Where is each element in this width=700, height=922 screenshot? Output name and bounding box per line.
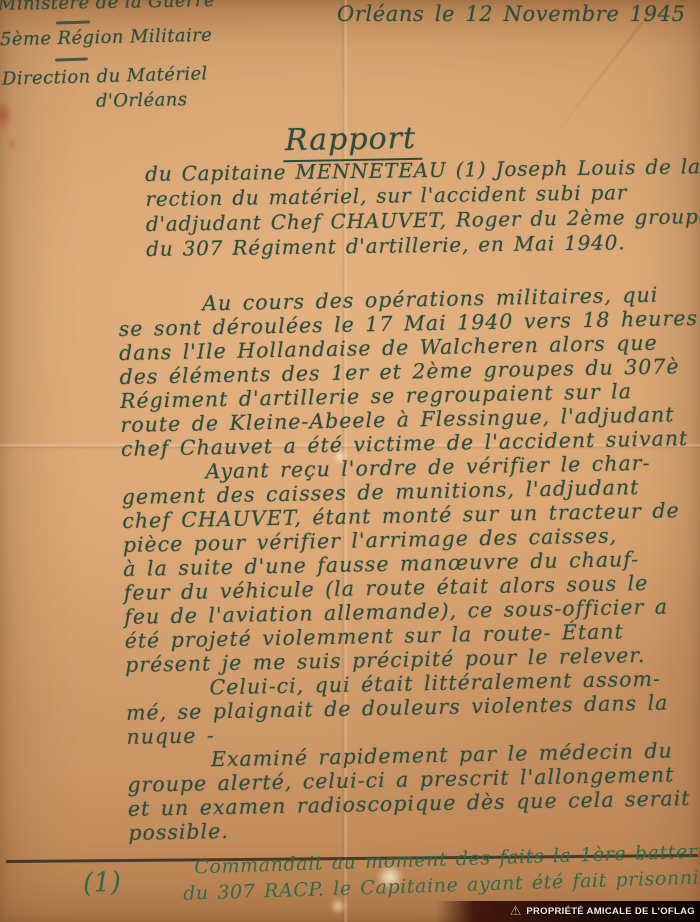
letterhead-direction: Direction du Matériel	[2, 63, 208, 89]
underline-stroke	[55, 57, 88, 61]
footnote: (1) Commandait au moment des faits la 1è…	[82, 837, 700, 910]
footnote-marker: (1)	[82, 867, 121, 899]
red-ink-stain	[0, 98, 11, 132]
report-title: Rapport	[283, 121, 423, 162]
letterhead-region: 5ème Région Militaire	[0, 25, 212, 50]
letterhead-city: d'Orléans	[96, 89, 188, 112]
corner-crease	[548, 7, 655, 143]
intro-paragraph: du Capitaine MENNETEAU (1) Joseph Louis …	[145, 154, 700, 262]
warning-triangle-icon: ⚠	[510, 905, 522, 918]
watermark-label: PROPRIÉTÉ AMICALE DE L'OFLAG	[526, 906, 695, 917]
watermark-banner: ⚠ PROPRIÉTÉ AMICALE DE L'OFLAG	[436, 901, 700, 922]
letterhead-ministry: Ministère de la Guerre	[0, 0, 215, 15]
underline-stroke	[56, 20, 90, 24]
scanned-report-page: Ministère de la Guerre 5ème Région Milit…	[0, 0, 700, 922]
report-body: Au cours des opérations militaires, qui …	[118, 282, 700, 845]
date-line: Orléans le 12 Novembre 1945	[337, 2, 686, 26]
red-ink-stain	[8, 140, 16, 148]
